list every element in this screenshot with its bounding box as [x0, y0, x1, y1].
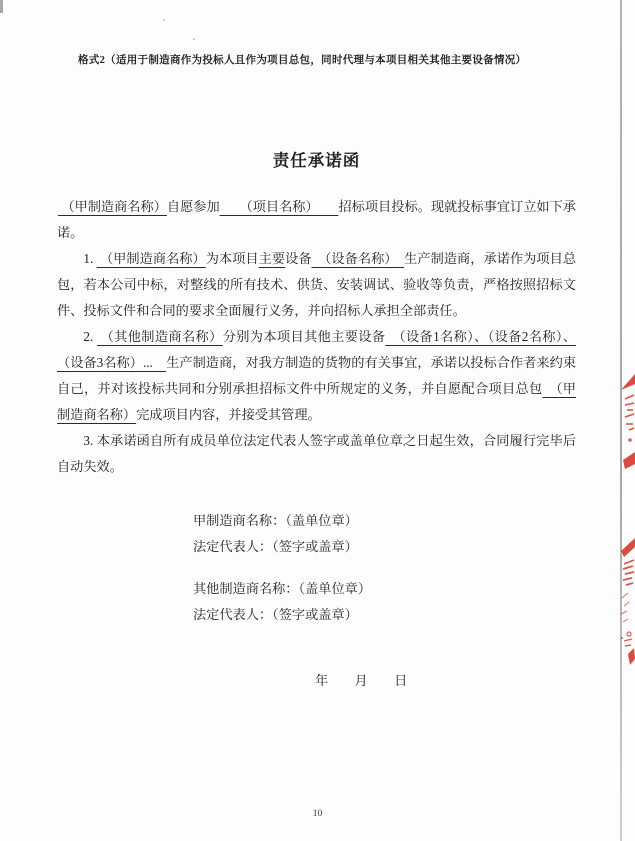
text-segment: 设备	[285, 251, 311, 266]
text-segment: 分别为本项目其他主要设备	[223, 329, 386, 344]
signature-block: 甲制造商名称：（盖单位章） 法定代表人：（签字或盖章） 其他制造商名称：（盖单位…	[193, 508, 576, 628]
signature-legal-rep-other: 法定代表人：（签字或盖章）	[193, 602, 576, 628]
format-note: 格式2（适用于制造商作为投标人且作为项目总包，同时代理与本项目相关其他主要设备情…	[78, 54, 576, 68]
text-segment: 本承诺函自所有成员单位法定代表人签字或盖单位章之日起生效，合同履行完毕后自动失效…	[57, 433, 576, 474]
document-title: 责任承诺函	[57, 150, 576, 172]
text-segment: 1.	[83, 251, 96, 266]
signature-legal-rep-a: 法定代表人：（签字或盖章）	[193, 534, 576, 560]
scan-speck	[163, 19, 165, 21]
scanned-document-page: 格式2（适用于制造商作为投标人且作为项目总包，同时代理与本项目相关其他主要设备情…	[0, 0, 635, 841]
signature-manufacturer-other: 其他制造商名称：（盖单位章）	[193, 576, 576, 602]
paragraph-intro: （甲制造商名称）自愿参加 （项目名称） 招标项目投标。现就投标事宜订立如下承诺。	[57, 194, 576, 246]
text-segment: （甲制造商名称）	[61, 199, 167, 214]
text-segment: （甲制造商名称）	[97, 251, 206, 266]
text-segment: 主要	[259, 251, 285, 266]
text-segment: 为本项目	[206, 251, 259, 266]
red-stamp-fragment-bottom-icon	[614, 538, 635, 670]
scan-speck	[193, 38, 195, 40]
paragraph-item-2: 2. （其他制造商名称）分别为本项目其他主要设备 （设备1名称）、（设备2名称）…	[57, 324, 576, 428]
red-stamp-fragment-top-icon	[617, 372, 635, 487]
paragraph-item-3: 3. 本承诺函自所有成员单位法定代表人签字或盖单位章之日起生效，合同履行完毕后自…	[57, 428, 576, 480]
document-body: （甲制造商名称）自愿参加 （项目名称） 招标项目投标。现就投标事宜订立如下承诺。…	[57, 194, 576, 480]
text-segment: （其他制造商名称）	[97, 329, 223, 344]
signature-manufacturer-a: 甲制造商名称：（盖单位章）	[193, 508, 576, 534]
text-segment: 完成项目内容，并接受其管理。	[136, 407, 321, 422]
text-segment: （项目名称）	[220, 199, 339, 214]
scan-corner-artifact	[0, 0, 3, 13]
paragraph-item-1: 1. （甲制造商名称）为本项目主要设备 （设备名称） 生产制造商，承诺作为项目总…	[57, 246, 576, 324]
page-number: 10	[0, 809, 635, 819]
signature-gap	[193, 560, 576, 576]
date-line: 年 月 日	[315, 668, 576, 694]
text-segment: 2.	[83, 329, 97, 344]
document-content: 格式2（适用于制造商作为投标人且作为项目总包，同时代理与本项目相关其他主要设备情…	[57, 0, 576, 694]
text-segment: 自愿参加	[167, 199, 220, 214]
text-segment: （设备名称）	[312, 251, 405, 266]
text-segment: 3.	[83, 433, 96, 448]
